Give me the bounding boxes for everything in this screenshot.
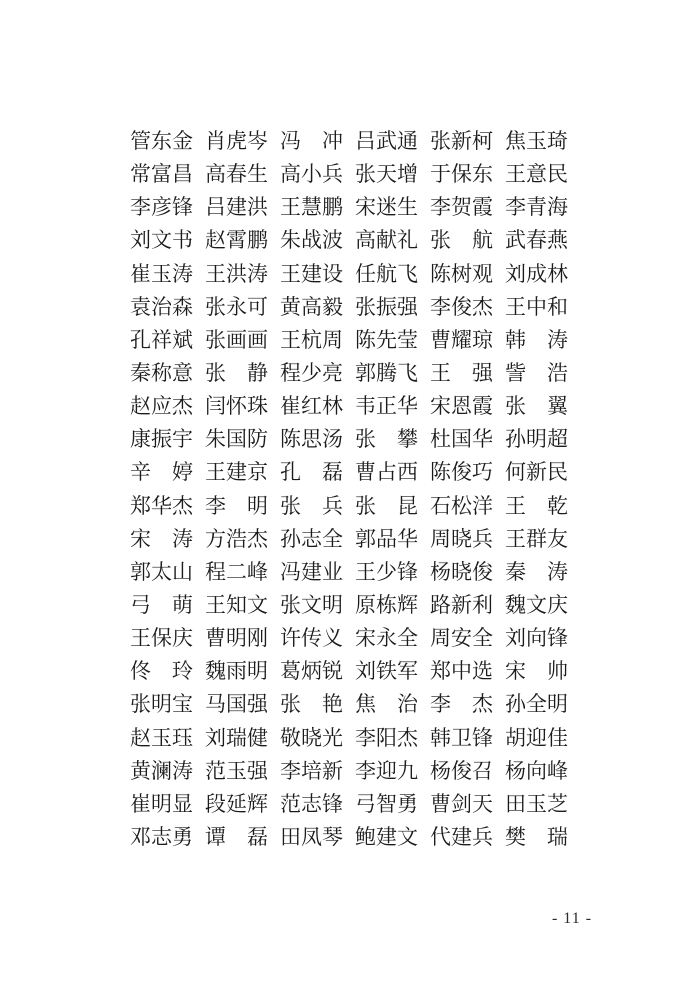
name-item: 刘成林: [505, 264, 568, 285]
name-item: 曹耀琼: [430, 330, 493, 351]
name-item: 张振强: [355, 297, 418, 318]
document-page: 管东金 肖虎岑 冯 冲 吕武通 张新柯 焦玉琦 常富昌 高春生 高小兵 张天增 …: [0, 0, 700, 991]
name-item: 李 明: [205, 496, 268, 517]
name-item: 崔玉涛: [130, 264, 193, 285]
name-item: 韦正华: [355, 396, 418, 417]
name-item: 陈思汤: [280, 429, 343, 450]
name-item: 佟 玲: [130, 661, 193, 682]
name-item: 葛炳锐: [280, 661, 343, 682]
name-row: 康振宇 朱国防 陈思汤 张 攀 杜国华 孙明超: [130, 423, 568, 456]
name-item: 朱战波: [280, 230, 343, 251]
name-item: 焦 治: [355, 694, 418, 715]
name-item: 赵应杰: [130, 396, 193, 417]
name-row: 辛 婷 王建京 孔 磊 曹占西 陈俊巧 何新民: [130, 456, 568, 489]
name-item: 张 兵: [280, 496, 343, 517]
name-row: 常富昌 高春生 高小兵 张天增 于保东 王意民: [130, 158, 568, 191]
name-item: 曹占西: [355, 462, 418, 483]
name-item: 陈先莹: [355, 330, 418, 351]
name-item: 张 静: [205, 363, 268, 384]
name-row: 邓志勇 谭 磊 田凤琴 鲍建文 代建兵 樊 瑞: [130, 821, 568, 854]
name-item: 张 翼: [505, 396, 568, 417]
name-row: 刘文书 赵霄鹏 朱战波 高献礼 张 航 武春燕: [130, 224, 568, 257]
name-item: 王 强: [430, 363, 493, 384]
name-row: 郭太山 程二峰 冯建业 王少锋 杨晓俊 秦 涛: [130, 556, 568, 589]
name-item: 訾 浩: [505, 363, 568, 384]
name-item: 辛 婷: [130, 462, 193, 483]
name-item: 宋迷生: [355, 197, 418, 218]
name-item: 陈俊巧: [430, 462, 493, 483]
name-item: 代建兵: [430, 827, 493, 848]
name-item: 弓智勇: [355, 794, 418, 815]
name-item: 王 乾: [505, 496, 568, 517]
name-item: 宋恩霞: [430, 396, 493, 417]
name-item: 任航飞: [355, 264, 418, 285]
name-item: 杜国华: [430, 429, 493, 450]
name-item: 于保东: [430, 164, 493, 185]
name-item: 常富昌: [130, 164, 193, 185]
name-row: 黄澜涛 范玉强 李培新 李迎九 杨俊召 杨向峰: [130, 755, 568, 788]
name-item: 李培新: [280, 761, 343, 782]
name-item: 黄澜涛: [130, 761, 193, 782]
name-item: 谭 磊: [205, 827, 268, 848]
name-item: 张 艳: [280, 694, 343, 715]
name-item: 张 攀: [355, 429, 418, 450]
name-item: 方浩杰: [205, 529, 268, 550]
name-row: 孔祥斌 张画画 王杭周 陈先莹 曹耀琼 韩 涛: [130, 324, 568, 357]
name-row: 佟 玲 魏雨明 葛炳锐 刘铁军 郑中选 宋 帅: [130, 655, 568, 688]
name-item: 宋 涛: [130, 529, 193, 550]
name-item: 王慧鹏: [280, 197, 343, 218]
name-item: 王中和: [505, 297, 568, 318]
name-item: 田玉芝: [505, 794, 568, 815]
name-item: 张 航: [430, 230, 493, 251]
name-item: 赵霄鹏: [205, 230, 268, 251]
name-item: 秦称意: [130, 363, 193, 384]
name-row: 王保庆 曹明刚 许传义 宋永全 周安全 刘向锋: [130, 622, 568, 655]
name-item: 李俊杰: [430, 297, 493, 318]
name-item: 王杭周: [280, 330, 343, 351]
name-item: 宋 帅: [505, 661, 568, 682]
name-item: 魏雨明: [205, 661, 268, 682]
name-row: 袁治森 张永可 黄高毅 张振强 李俊杰 王中和: [130, 291, 568, 324]
name-item: 吕建洪: [205, 197, 268, 218]
name-item: 许传义: [280, 628, 343, 649]
name-item: 焦玉琦: [505, 131, 568, 152]
name-item: 杨向峰: [505, 761, 568, 782]
name-row: 管东金 肖虎岑 冯 冲 吕武通 张新柯 焦玉琦: [130, 125, 568, 158]
name-item: 孙明超: [505, 429, 568, 450]
name-item: 闫怀珠: [205, 396, 268, 417]
name-item: 高春生: [205, 164, 268, 185]
name-row: 秦称意 张 静 程少亮 郭腾飞 王 强 訾 浩: [130, 357, 568, 390]
name-item: 孔祥斌: [130, 330, 193, 351]
name-item: 宋永全: [355, 628, 418, 649]
name-item: 弓 萌: [130, 595, 193, 616]
name-grid: 管东金 肖虎岑 冯 冲 吕武通 张新柯 焦玉琦 常富昌 高春生 高小兵 张天增 …: [130, 125, 568, 854]
name-item: 赵玉珏: [130, 728, 193, 749]
name-item: 杨晓俊: [430, 562, 493, 583]
name-row: 赵玉珏 刘瑞健 敬晓光 李阳杰 韩卫锋 胡迎佳: [130, 722, 568, 755]
name-item: 郑华杰: [130, 496, 193, 517]
name-item: 张 昆: [355, 496, 418, 517]
name-item: 陈树观: [430, 264, 493, 285]
name-item: 路新利: [430, 595, 493, 616]
name-row: 张明宝 马国强 张 艳 焦 治 李 杰 孙全明: [130, 688, 568, 721]
name-item: 高小兵: [280, 164, 343, 185]
name-item: 韩卫锋: [430, 728, 493, 749]
name-item: 段延辉: [205, 794, 268, 815]
name-row: 李彦锋 吕建洪 王慧鹏 宋迷生 李贺霞 李青海: [130, 191, 568, 224]
name-item: 张文明: [280, 595, 343, 616]
name-item: 张永可: [205, 297, 268, 318]
name-item: 王知文: [205, 595, 268, 616]
name-item: 朱国防: [205, 429, 268, 450]
name-item: 刘铁军: [355, 661, 418, 682]
name-item: 邓志勇: [130, 827, 193, 848]
name-item: 王保庆: [130, 628, 193, 649]
name-item: 张新柯: [430, 131, 493, 152]
name-item: 冯 冲: [280, 131, 343, 152]
name-item: 王洪涛: [205, 264, 268, 285]
name-item: 范玉强: [205, 761, 268, 782]
name-item: 冯建业: [280, 562, 343, 583]
name-item: 李青海: [505, 197, 568, 218]
name-item: 石松洋: [430, 496, 493, 517]
name-row: 宋 涛 方浩杰 孙志全 郭品华 周晓兵 王群友: [130, 523, 568, 556]
name-item: 樊 瑞: [505, 827, 568, 848]
name-item: 秦 涛: [505, 562, 568, 583]
name-item: 曹剑天: [430, 794, 493, 815]
name-item: 杨俊召: [430, 761, 493, 782]
name-item: 程少亮: [280, 363, 343, 384]
name-item: 魏文庆: [505, 595, 568, 616]
name-item: 刘文书: [130, 230, 193, 251]
name-item: 孙全明: [505, 694, 568, 715]
name-item: 张明宝: [130, 694, 193, 715]
name-item: 高献礼: [355, 230, 418, 251]
name-item: 马国强: [205, 694, 268, 715]
name-item: 张天增: [355, 164, 418, 185]
name-item: 崔红林: [280, 396, 343, 417]
name-item: 孔 磊: [280, 462, 343, 483]
name-item: 郭太山: [130, 562, 193, 583]
name-item: 何新民: [505, 462, 568, 483]
name-item: 黄高毅: [280, 297, 343, 318]
name-item: 曹明刚: [205, 628, 268, 649]
name-item: 吕武通: [355, 131, 418, 152]
name-row: 弓 萌 王知文 张文明 原栋辉 路新利 魏文庆: [130, 589, 568, 622]
name-item: 刘瑞健: [205, 728, 268, 749]
name-item: 李贺霞: [430, 197, 493, 218]
name-item: 王建京: [205, 462, 268, 483]
name-row: 郑华杰 李 明 张 兵 张 昆 石松洋 王 乾: [130, 490, 568, 523]
name-item: 范志锋: [280, 794, 343, 815]
page-number: - 11 -: [544, 910, 600, 928]
name-item: 张画画: [205, 330, 268, 351]
name-row: 赵应杰 闫怀珠 崔红林 韦正华 宋恩霞 张 翼: [130, 390, 568, 423]
name-item: 韩 涛: [505, 330, 568, 351]
name-item: 鲍建文: [355, 827, 418, 848]
name-item: 崔明显: [130, 794, 193, 815]
name-item: 郭品华: [355, 529, 418, 550]
name-item: 袁治森: [130, 297, 193, 318]
name-item: 王群友: [505, 529, 568, 550]
name-item: 王少锋: [355, 562, 418, 583]
name-item: 原栋辉: [355, 595, 418, 616]
name-item: 肖虎岑: [205, 131, 268, 152]
name-item: 敬晓光: [280, 728, 343, 749]
name-item: 王建设: [280, 264, 343, 285]
name-item: 周安全: [430, 628, 493, 649]
name-item: 李 杰: [430, 694, 493, 715]
name-item: 李彦锋: [130, 197, 193, 218]
name-item: 李迎九: [355, 761, 418, 782]
name-item: 郭腾飞: [355, 363, 418, 384]
name-item: 程二峰: [205, 562, 268, 583]
name-item: 周晓兵: [430, 529, 493, 550]
name-item: 胡迎佳: [505, 728, 568, 749]
name-item: 郑中选: [430, 661, 493, 682]
name-item: 康振宇: [130, 429, 193, 450]
name-item: 田凤琴: [280, 827, 343, 848]
name-item: 武春燕: [505, 230, 568, 251]
name-item: 李阳杰: [355, 728, 418, 749]
name-item: 孙志全: [280, 529, 343, 550]
name-item: 管东金: [130, 131, 193, 152]
name-item: 刘向锋: [505, 628, 568, 649]
name-item: 王意民: [505, 164, 568, 185]
name-row: 崔明显 段延辉 范志锋 弓智勇 曹剑天 田玉芝: [130, 788, 568, 821]
name-row: 崔玉涛 王洪涛 王建设 任航飞 陈树观 刘成林: [130, 258, 568, 291]
